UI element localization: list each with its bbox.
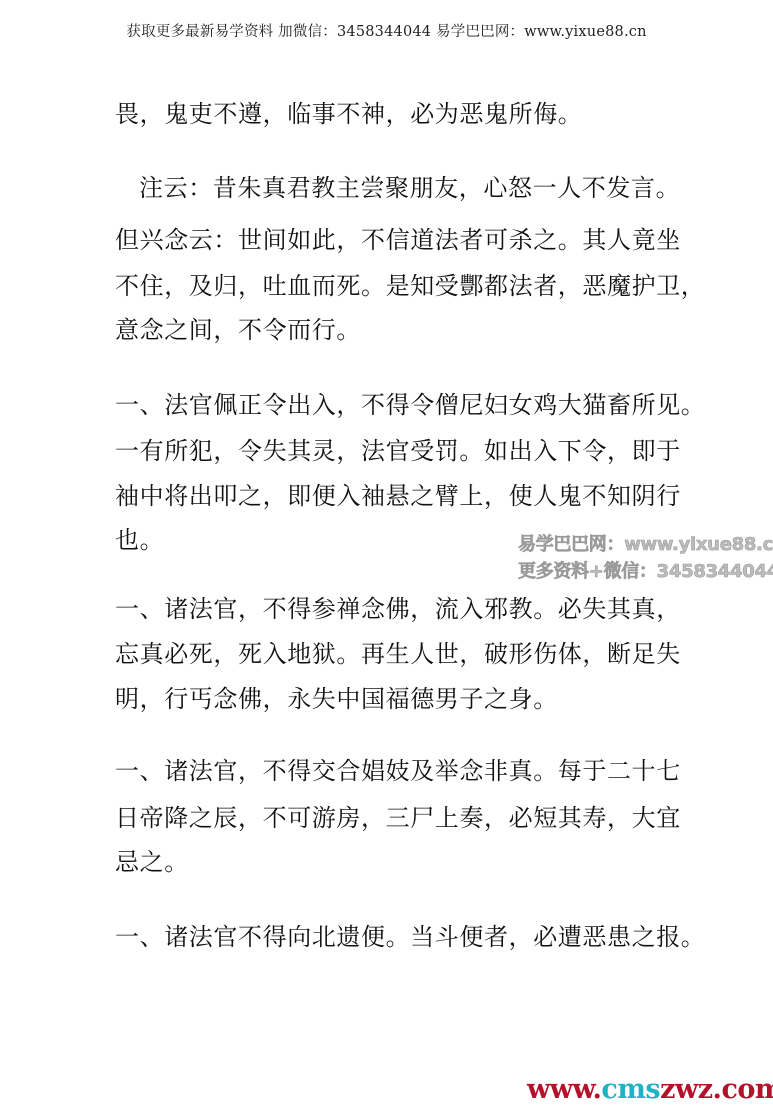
footer-logo: www.cmszwz.com — [527, 1074, 773, 1105]
text-line: 意念之间，不令而行。 — [115, 315, 361, 345]
watermark-contact: 更多资料+微信：3458344044 — [518, 557, 773, 583]
footer-logo-prefix: www. — [527, 1074, 601, 1105]
text-line: 一、诸法官，不得交合娼妓及举念非真。每于二十七 — [115, 756, 681, 786]
text-line: 也。 — [115, 525, 164, 555]
text-line: 但兴念云：世间如此，不信道法者可杀之。其人竟坐 — [115, 225, 681, 255]
text-line: 一、法官佩正令出入，不得令僧尼妇女鸡大猫畜所见。 — [115, 390, 705, 420]
text-line: 一、诸法官不得向北遗便。当斗便者，必遭恶患之报。 — [115, 922, 705, 952]
text-line: 忘真必死，死入地狱。再生人世，破形伤体，断足失 — [115, 639, 681, 669]
text-line: 畏，鬼吏不遵，临事不神，必为恶鬼所侮。 — [115, 99, 582, 129]
text-line: 明，行丐念佛，永失中国福德男子之身。 — [115, 684, 558, 714]
text-line: 袖中将出叩之，即便入袖悬之臂上，使人鬼不知阴行 — [115, 481, 681, 511]
text-line: 忌之。 — [115, 847, 189, 877]
text-line: 不住，及归，吐血而死。是知受酆都法者，恶魔护卫， — [115, 271, 705, 301]
footer-logo-suffix: zwz.com — [660, 1074, 773, 1105]
text-line: 一、诸法官，不得参禅念佛，流入邪教。必失其真， — [115, 594, 681, 624]
page-header-banner: 获取更多最新易学资料 加微信：3458344044 易学巴巴网：www.yixu… — [0, 20, 773, 41]
text-line: 注云：昔朱真君教主尝聚朋友，心怒一人不发言。 — [139, 173, 680, 203]
text-line: 日帝降之辰，不可游房，三尸上奏，必短其寿，大宜 — [115, 803, 681, 833]
text-line: 一有所犯，令失其灵，法官受罚。如出入下令，即于 — [115, 436, 681, 466]
watermark-site: 易学巴巴网：www.yixue88.cn — [518, 530, 773, 556]
footer-logo-mid: cms — [601, 1074, 660, 1105]
